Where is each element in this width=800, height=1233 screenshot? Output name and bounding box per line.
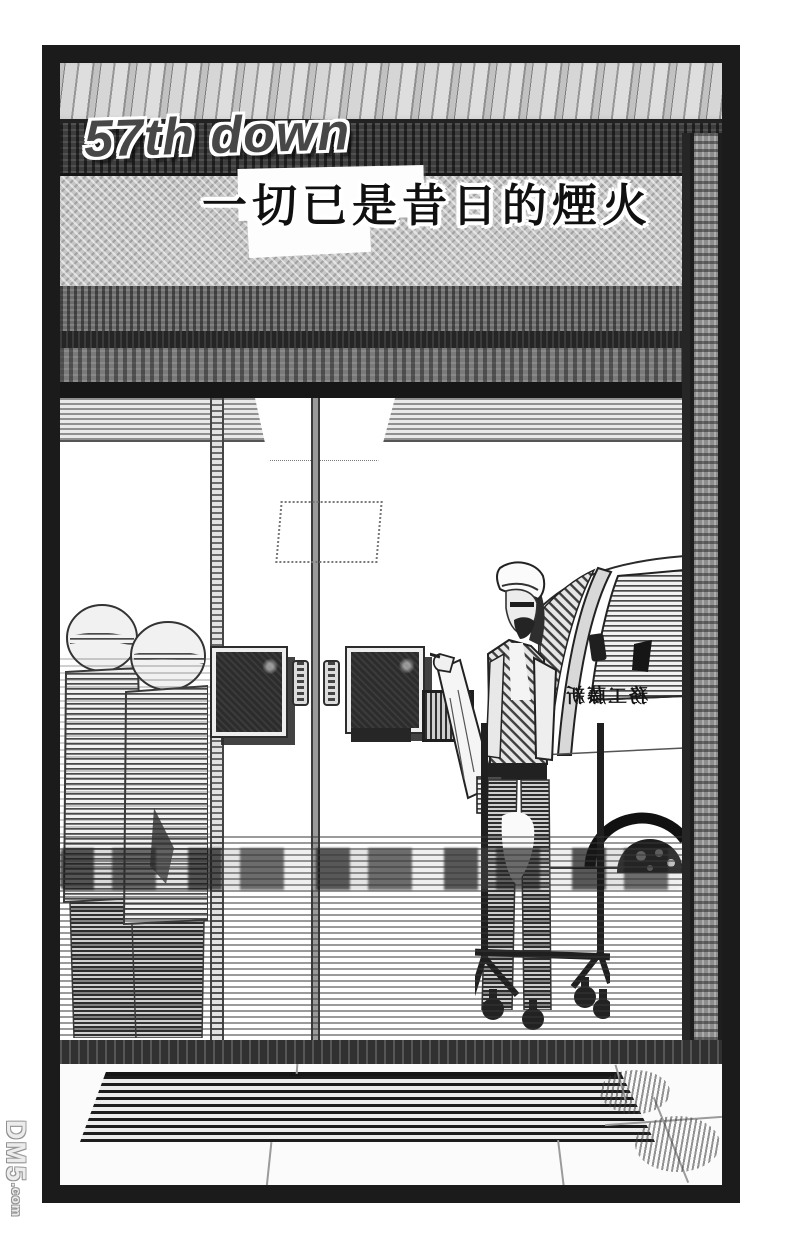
watermark-suffix: .com xyxy=(9,1183,24,1217)
entrance-doormat xyxy=(80,1072,655,1142)
door-push-plate-right xyxy=(323,660,340,706)
floor-scuff-marks xyxy=(600,1070,670,1114)
glass-storefront: 務工藤新 xyxy=(60,398,682,1040)
door-sign-right-base xyxy=(351,728,411,742)
center-mullion xyxy=(311,398,320,1040)
facade-band-dark xyxy=(60,331,690,348)
street-reflection-band xyxy=(60,848,682,890)
door-push-plate-left xyxy=(292,660,309,706)
floor-scuff-marks xyxy=(635,1116,720,1172)
workers-figures xyxy=(62,598,208,1038)
manga-page: 57th down 一切已是昔日的煙火 xyxy=(0,0,800,1233)
tile-joint xyxy=(266,1142,273,1185)
site-watermark: DM5.com xyxy=(2,1120,29,1217)
door-sign-right xyxy=(347,648,423,732)
facade-beam xyxy=(60,382,690,398)
watermark-brand: DM5 xyxy=(1,1120,31,1183)
facade-band-upper xyxy=(60,286,690,331)
tile-joint xyxy=(557,1140,565,1185)
reflection-outline xyxy=(275,501,382,563)
ceiling-light-reflection xyxy=(255,398,395,461)
chapter-subtitle: 一切已是昔日的煙火 xyxy=(202,169,702,234)
door-sign-left xyxy=(212,648,286,736)
panel-content: 57th down 一切已是昔日的煙火 xyxy=(60,63,722,1185)
pillar-edge-strip xyxy=(682,133,690,1040)
door-threshold xyxy=(60,1040,722,1064)
tiled-floor xyxy=(60,1064,722,1185)
facade-band-lower xyxy=(60,348,690,382)
wooden-pillar xyxy=(690,133,722,1040)
panel-frame: 57th down 一切已是昔日的煙火 xyxy=(42,45,740,1203)
van-side-text: 務工藤新 xyxy=(564,684,649,707)
